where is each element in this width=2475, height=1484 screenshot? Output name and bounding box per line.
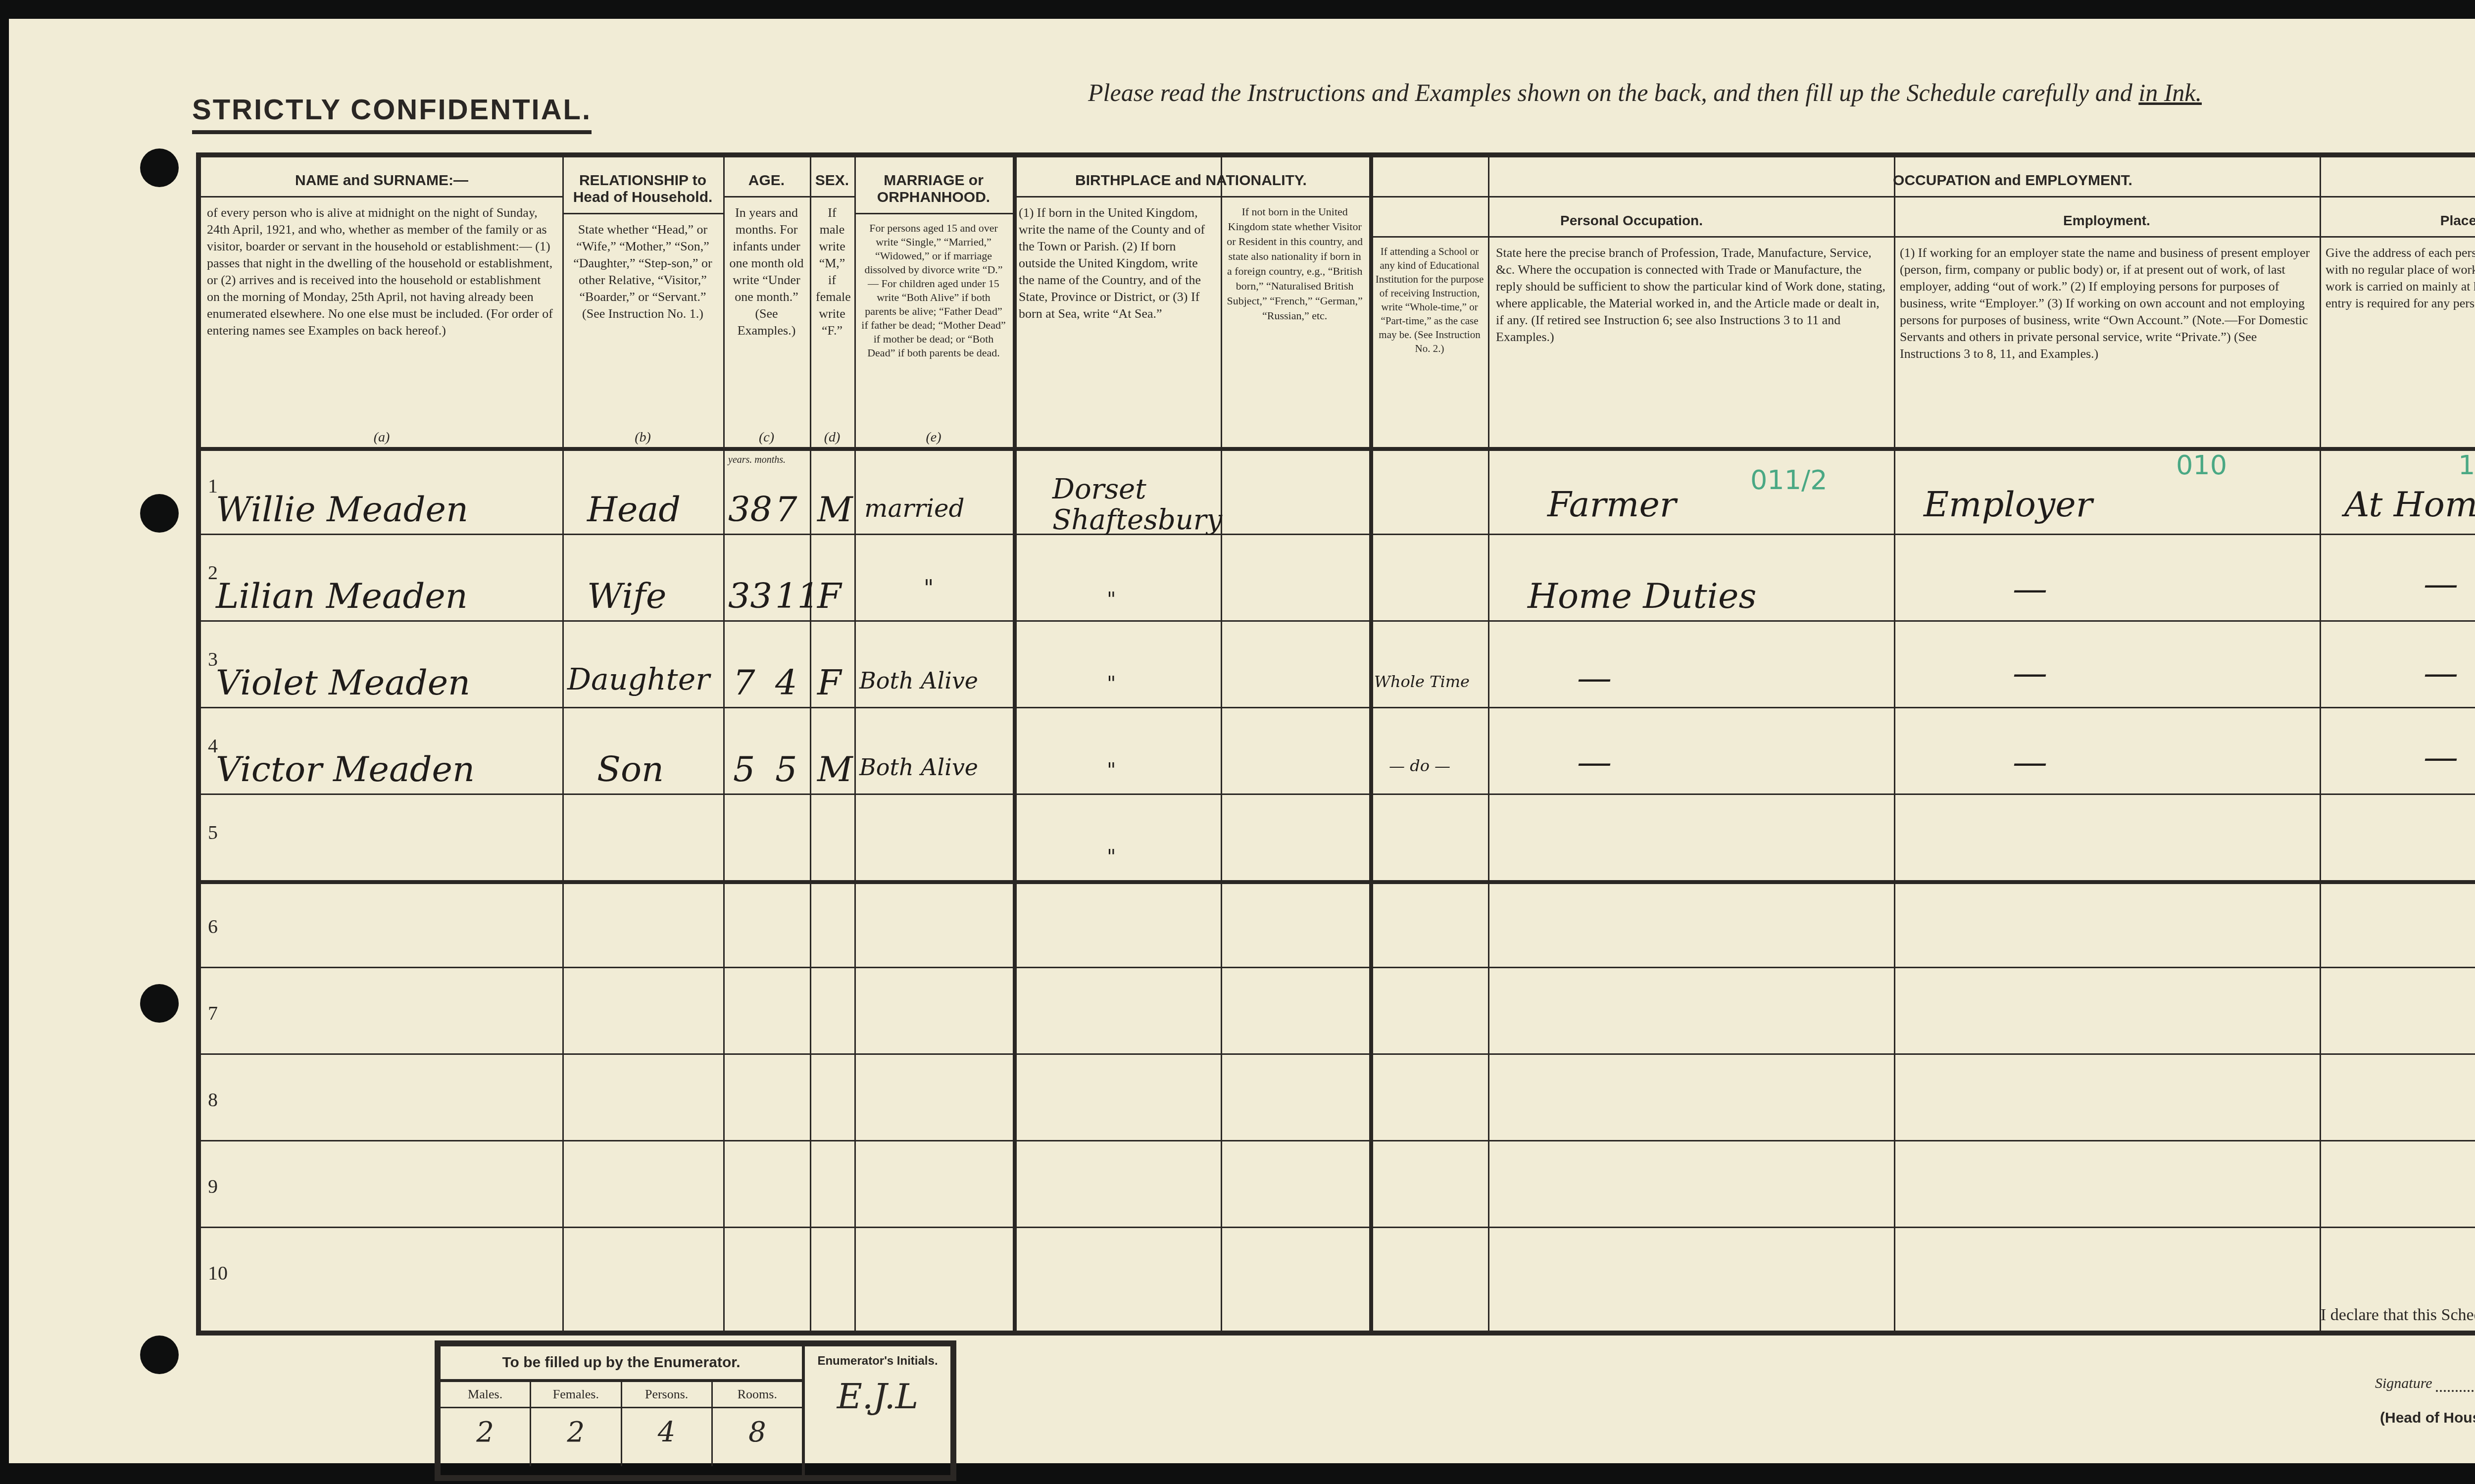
instructions-text: Please read the Instructions and Example… — [1088, 79, 2138, 106]
row-number: 8 — [208, 1088, 218, 1111]
header-place-of-work-title: Place of Work. — [2320, 198, 2475, 238]
punch-hole — [140, 494, 179, 533]
cell-age-years: 7 — [733, 662, 755, 703]
header-marriage: MARRIAGE or ORPHANHOOD. For persons aged… — [854, 157, 1013, 447]
col-letter: (a) — [201, 429, 562, 446]
header-occupation-title: OCCUPATION and EMPLOYMENT. — [1369, 157, 2475, 198]
cell-sex: F — [817, 662, 841, 703]
cell-age-months: 4 — [775, 662, 797, 703]
cell-name: Violet Meaden — [216, 662, 470, 703]
cell-age-months: 11 — [775, 576, 819, 616]
header-name-title: NAME and SURNAME:— — [201, 157, 562, 198]
cell-sex: M — [817, 749, 853, 790]
header-employment-title: Employment. — [1894, 198, 2320, 238]
cell-place-of-work: — — [2424, 652, 2458, 693]
header-name-body: of every person who is alive at midnight… — [201, 198, 562, 346]
cell-name: Victor Meaden — [216, 749, 475, 790]
cell-marriage: Both Alive — [859, 754, 978, 781]
cell-employment: — — [2013, 568, 2047, 609]
cell-marriage: " — [924, 576, 934, 601]
row-number: 10 — [208, 1261, 228, 1285]
rooms-value: 8 — [713, 1408, 802, 1448]
punch-hole — [140, 984, 179, 1023]
cell-marriage: married — [864, 494, 965, 523]
header-name: NAME and SURNAME:— of every person who i… — [201, 157, 562, 447]
declaration-text: I declare that this Schedule is correctl… — [2321, 1306, 2475, 1325]
initials-value: E.J.L — [805, 1376, 950, 1417]
header-education-body: If attending a School or any kind of Edu… — [1369, 238, 1490, 362]
row-number: 9 — [208, 1175, 218, 1198]
row-number: 6 — [208, 915, 218, 938]
cell-relationship: Head — [587, 489, 681, 530]
cell-education: Whole Time — [1374, 672, 1470, 691]
instructions-line: Please read the Instructions and Example… — [1088, 78, 2202, 107]
cell-name: Willie Meaden — [216, 489, 468, 530]
cell-relationship: Daughter — [567, 662, 710, 697]
cell-occupation: Home Duties — [1528, 576, 1756, 616]
header-age-body: In years and months. For infants under o… — [723, 198, 810, 346]
cell-sex: F — [817, 576, 841, 616]
cell-birthplace: Dorset Shaftesbury — [1052, 474, 1211, 536]
census-form-table: NAME and SURNAME:— of every person who i… — [196, 152, 2475, 1336]
header-relationship-title: RELATIONSHIP to Head of Household. — [562, 157, 723, 214]
header-employment-body: (1) If working for an employer state the… — [1894, 238, 2320, 369]
cell-employment: — — [2013, 742, 2047, 782]
header-sex: SEX. If male write “M,” if female write … — [810, 157, 854, 447]
instructions-ink: in Ink. — [2138, 79, 2202, 106]
cell-occupation: — — [1577, 657, 1612, 698]
header-occupation: OCCUPATION and EMPLOYMENT. Personal Occu… — [1369, 157, 2475, 447]
males-value: 2 — [441, 1408, 530, 1448]
header-relationship: RELATIONSHIP to Head of Household. State… — [562, 157, 723, 447]
signature-note: (Head of Household, Manager of Establish… — [2380, 1410, 2475, 1427]
row-number: 5 — [208, 821, 218, 844]
cell-name: Lilian Meaden — [216, 576, 468, 616]
persons-label: Persons. — [622, 1382, 711, 1408]
cell-occupation: — — [1577, 742, 1612, 782]
col-letter: (e) — [854, 429, 1013, 446]
cell-place-of-work: — — [2424, 737, 2458, 777]
cell-age-years: 5 — [733, 749, 755, 790]
col-letter: (d) — [810, 429, 854, 446]
header-age-title: AGE. — [723, 157, 810, 198]
cell-age-years: 38 — [728, 489, 772, 530]
col-letter: (b) — [562, 429, 723, 446]
cell-age-years: 33 — [728, 576, 772, 616]
cell-employment: — — [2013, 652, 2047, 693]
signature-line: Signature W Meaden — [2375, 1355, 2475, 1392]
col-letter: (c) — [723, 429, 810, 446]
place-code: 1389 07 — [2458, 449, 2475, 481]
enumerator-summary-box: To be filled up by the Enumerator. Males… — [435, 1340, 956, 1481]
cell-birthplace: " — [1107, 588, 1116, 611]
cell-employment: Employer — [1924, 484, 2092, 525]
header-sex-title: SEX. — [810, 157, 854, 198]
cell-birthplace: " — [1107, 672, 1116, 695]
males-label: Males. — [441, 1382, 530, 1408]
initials-label: Enumerator's Initials. — [805, 1346, 950, 1376]
occupation-code: 011/2 — [1750, 464, 1828, 495]
punch-hole — [140, 1336, 179, 1374]
cell-age-months: 5 — [775, 749, 797, 790]
cell-education: — do — — [1389, 756, 1450, 775]
header-birthplace-title: BIRTHPLACE and NATIONALITY. — [1013, 157, 1369, 198]
header-relationship-body: State whether “Head,” or “Wife,” “Mother… — [562, 214, 723, 329]
header-age: AGE. In years and months. For infants un… — [723, 157, 810, 447]
cell-place-of-work: — — [2424, 563, 2458, 604]
females-value: 2 — [531, 1408, 620, 1448]
header-birthplace: BIRTHPLACE and NATIONALITY. (1) If born … — [1013, 157, 1369, 447]
header-personal-occupation: Personal Occupation. — [1369, 198, 1894, 238]
age-subheader: years. months. — [728, 454, 786, 466]
header-marriage-body: For persons aged 15 and over write “Sing… — [854, 214, 1013, 367]
header-birthplace-body: (1) If born in the United Kingdom, write… — [1013, 198, 1220, 330]
females-label: Females. — [531, 1382, 620, 1408]
header-place-of-work-body: Give the address of each person's place … — [2320, 238, 2475, 319]
persons-value: 4 — [622, 1408, 711, 1448]
cell-birthplace: " — [1107, 759, 1116, 782]
census-schedule-sheet: STRICTLY CONFIDENTIAL. Please read the I… — [9, 19, 2475, 1463]
cell-relationship: Son — [597, 749, 664, 790]
punch-hole — [140, 148, 179, 187]
cell-relationship: Wife — [587, 576, 666, 616]
row-number: 7 — [208, 1001, 218, 1025]
enumerator-box-title: To be filled up by the Enumerator. — [441, 1346, 802, 1382]
header-marriage-title: MARRIAGE or ORPHANHOOD. — [854, 157, 1013, 214]
header-sex-body: If male write “M,” if female write “F.” — [810, 198, 854, 346]
employment-code: 010 — [2176, 449, 2227, 481]
cell-occupation: Farmer — [1547, 484, 1676, 525]
cell-sex: M — [817, 489, 853, 530]
cell-age-months: 7 — [775, 489, 797, 530]
cell-place-of-work: At Home — [2344, 484, 2475, 525]
signature-label: Signature — [2375, 1375, 2432, 1391]
header-occupation-body: State here the precise branch of Profess… — [1490, 238, 1893, 362]
cell-birthplace: " — [1107, 845, 1116, 868]
header-nationality-body: If not born in the United Kingdom state … — [1220, 198, 1369, 330]
cell-marriage: Both Alive — [859, 667, 978, 694]
rooms-label: Rooms. — [713, 1382, 802, 1408]
confidential-heading: STRICTLY CONFIDENTIAL. — [192, 93, 592, 134]
